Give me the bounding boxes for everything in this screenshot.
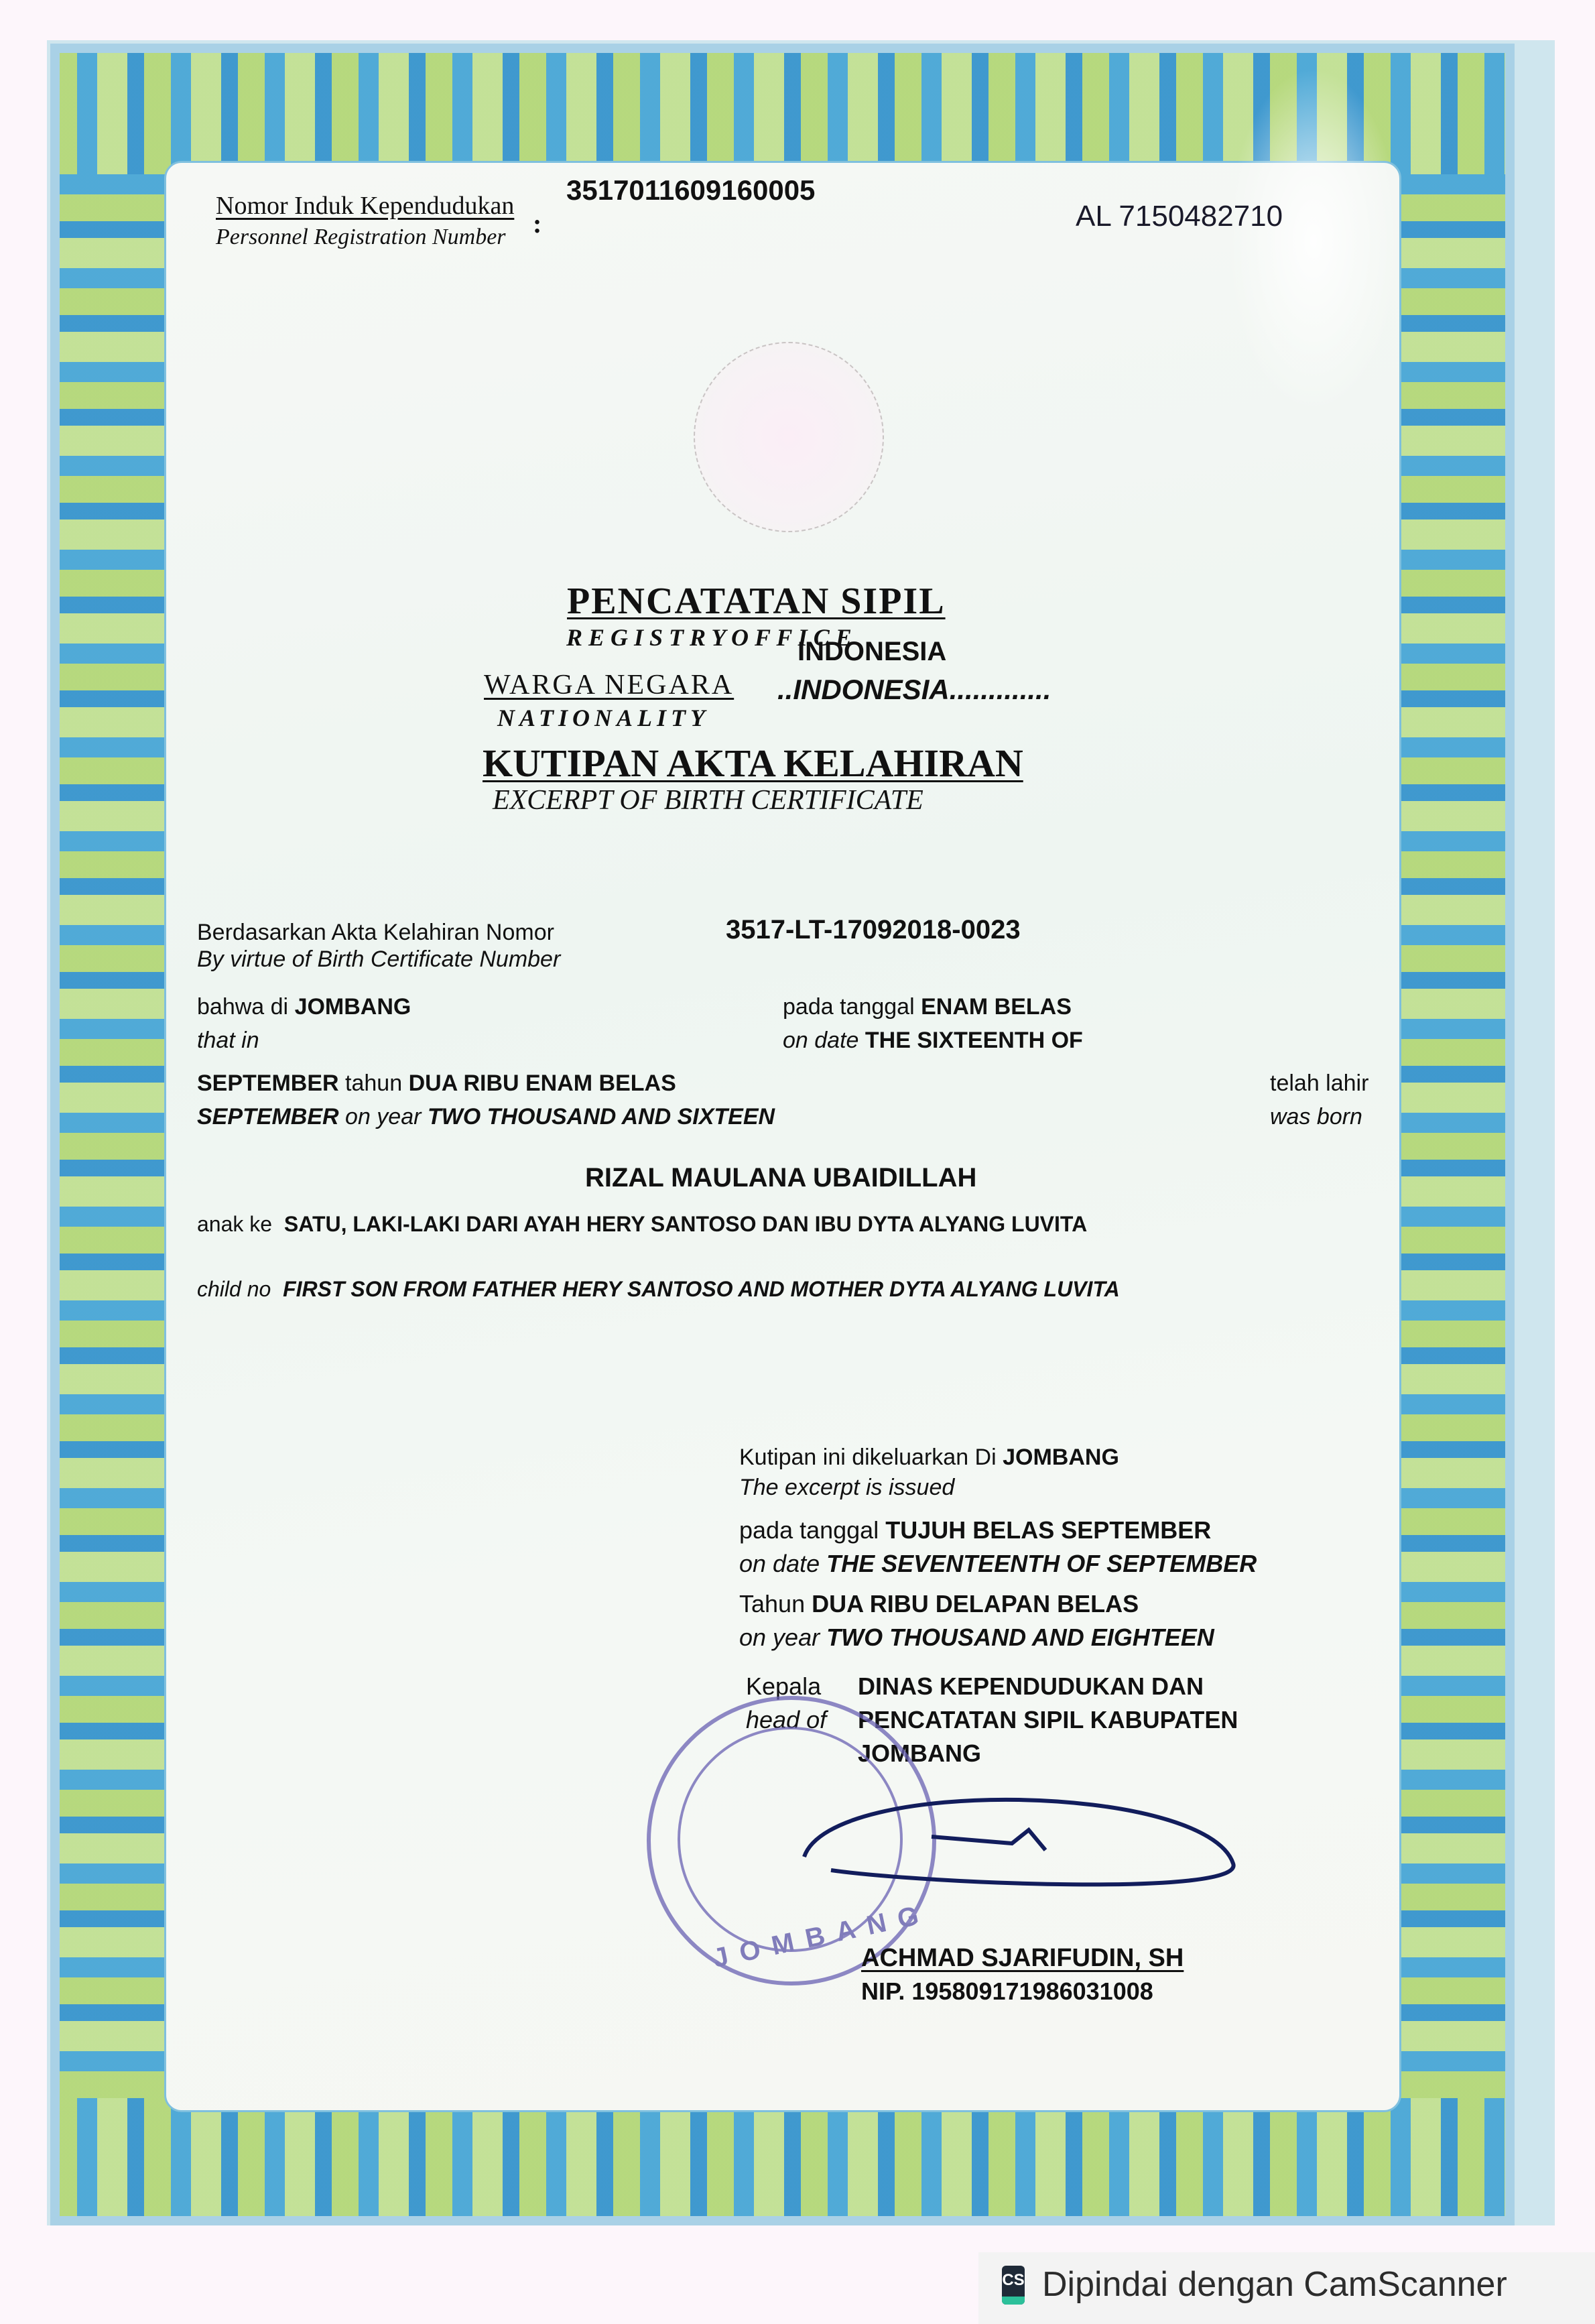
garuda-emblem-icon — [694, 342, 884, 532]
cert-number-label-en: By virtue of Birth Certificate Number — [197, 946, 560, 973]
year-label: tahun — [345, 1071, 402, 1096]
place-label-en: that in — [197, 1028, 259, 1054]
agency-line1: DINAS KEPENDUDUKAN DAN — [858, 1672, 1204, 1701]
nationality-value: ..INDONESIA............. — [777, 674, 1051, 706]
issued-date-label-en: on date — [739, 1550, 820, 1577]
cert-number: 3517-LT-17092018-0023 — [726, 915, 1021, 945]
office-title: PENCATATAN SIPIL — [567, 580, 946, 623]
place-label: bahwa di — [197, 994, 288, 1020]
date-value-en: THE SIXTEENTH OF — [865, 1028, 1083, 1053]
year-label-en: on year — [345, 1104, 421, 1129]
issued-year-value-en: TWO THOUSAND AND EIGHTEEN — [826, 1624, 1214, 1651]
serial-number: AL 7150482710 — [1076, 200, 1283, 233]
official-name: ACHMAD SJARIFUDIN, SH — [861, 1944, 1184, 1973]
document-title-en: EXCERPT OF BIRTH CERTIFICATE — [493, 784, 923, 816]
camscanner-logo-icon: CS — [1002, 2266, 1025, 2305]
issued-date-value: TUJUH BELAS SEPTEMBER — [885, 1516, 1211, 1544]
scan-glare — [1226, 67, 1401, 416]
year-value: DUA RIBU ENAM BELAS — [409, 1071, 676, 1096]
decorative-border-left — [50, 174, 171, 2098]
month-value: SEPTEMBER — [197, 1071, 339, 1096]
camscanner-text: Dipindai dengan CamScanner — [1042, 2264, 1507, 2305]
nik-label-en: Personnel Registration Number — [216, 225, 506, 250]
place-value: JOMBANG — [295, 994, 411, 1020]
born-label-en: was born — [1270, 1104, 1362, 1130]
born-label: telah lahir — [1270, 1071, 1368, 1097]
cert-number-label: Berdasarkan Akta Kelahiran Nomor — [197, 920, 554, 946]
nik-label: Nomor Induk Kependudukan — [216, 191, 514, 221]
child-no-value: SATU, LAKI-LAKI DARI AYAH HERY SANTOSO D… — [284, 1212, 1087, 1236]
child-name: RIZAL MAULANA UBAIDILLAH — [585, 1163, 976, 1193]
issued-date-label: pada tanggal — [739, 1516, 879, 1544]
nik-colon: : — [533, 208, 541, 239]
issued-year-label-en: on year — [739, 1624, 820, 1651]
date-label: pada tanggal — [783, 994, 915, 1020]
year-value-en: TWO THOUSAND AND SIXTEEN — [428, 1104, 775, 1129]
nationality-label-en: NATIONALITY — [497, 704, 710, 732]
issued-year-label: Tahun — [739, 1590, 805, 1617]
date-value: ENAM BELAS — [921, 994, 1072, 1020]
child-no-value-en: FIRST SON FROM FATHER HERY SANTOSO AND M… — [283, 1277, 1120, 1301]
date-label-en: on date — [783, 1028, 858, 1053]
issued-date-value-en: THE SEVENTEENTH OF SEPTEMBER — [826, 1550, 1257, 1577]
official-nip: NIP. 195809171986031008 — [861, 1977, 1153, 2006]
document-title: KUTIPAN AKTA KELAHIRAN — [483, 741, 1023, 786]
issued-place: JOMBANG — [1003, 1445, 1119, 1470]
month-value-en: SEPTEMBER — [197, 1104, 339, 1129]
child-no-label-en: child no — [197, 1277, 271, 1301]
nik-value: 3517011609160005 — [566, 174, 815, 206]
issued-year-value: DUA RIBU DELAPAN BELAS — [812, 1590, 1139, 1617]
nationality-label: WARGA NEGARA — [484, 669, 734, 701]
decorative-border-right — [1394, 174, 1515, 2098]
signature-icon — [791, 1770, 1260, 1904]
camscanner-watermark: CS Dipindai dengan CamScanner — [978, 2252, 1595, 2324]
issued-label: Kutipan ini dikeluarkan Di — [739, 1445, 997, 1470]
child-no-label: anak ke — [197, 1212, 272, 1236]
issued-label-en: The excerpt is issued — [739, 1475, 954, 1501]
agency-line2: PENCATATAN SIPIL KABUPATEN — [858, 1706, 1238, 1734]
office-country: INDONESIA — [797, 637, 946, 667]
